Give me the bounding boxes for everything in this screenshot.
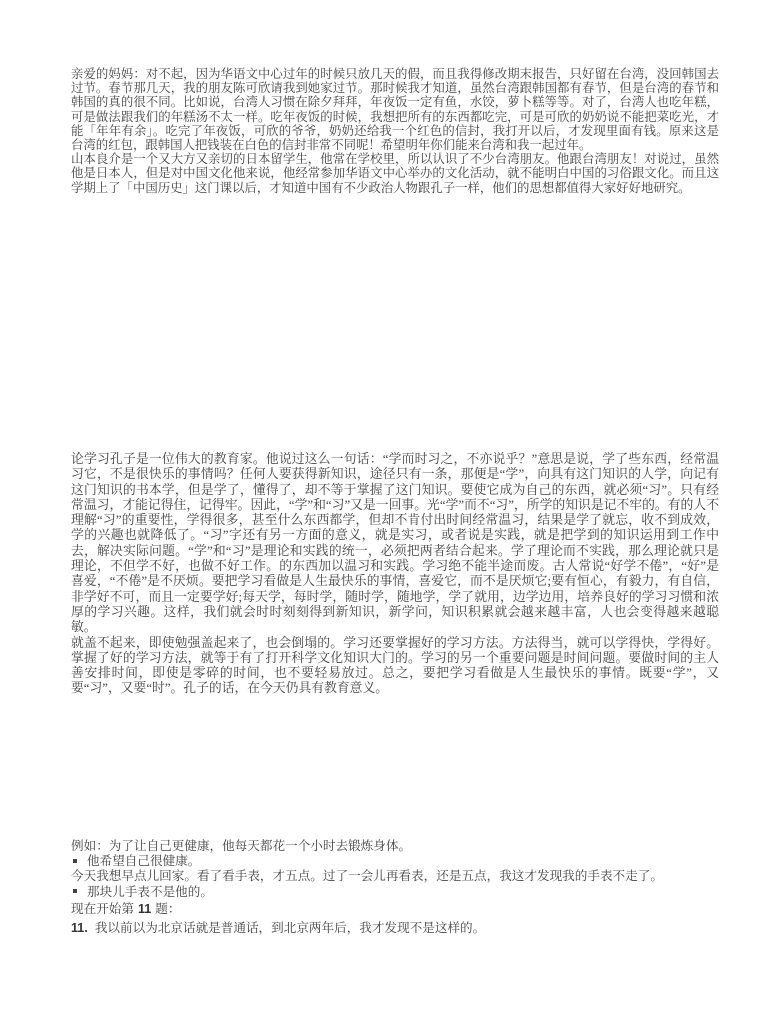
question-11-line: 11.我以前以为北京话就是普通话，到北京两年后，我才发现不是这样的。 [71, 921, 719, 936]
bullet-icon [73, 889, 77, 893]
example-watch-line: 今天我想早点儿回家。看了看手表，才五点。过了一会儿再看表，还是五点，我这才发现我… [71, 869, 719, 884]
question-11-text: 我以前以为北京话就是普通话，到北京两年后，我才发现不是这样的。 [95, 921, 485, 935]
paragraph-on-learning: 论学习孔子是一位伟大的教育家。他说过这么一句话：“学而时习之，不亦说乎？”意思是… [71, 452, 719, 636]
example-answer-line-2: 那块儿手表不是他的。 [71, 885, 719, 900]
paragraph-yamamoto: 山本良介是一个又大方又亲切的日本留学生，他常在学校里，所以认识了不少台湾朋友。他… [71, 152, 719, 195]
letter-section: 亲爱的妈妈：对不起，因为华语文中心过年的时候只放几天的假，而且我得修改期末报告，… [71, 67, 719, 195]
prompt-number: 11 [138, 902, 151, 916]
question-prompt-line: 现在开始第11题： [71, 902, 719, 917]
paragraph-letter: 亲爱的妈妈：对不起，因为华语文中心过年的时候只放几天的假，而且我得修改期末报告，… [71, 67, 719, 152]
question-11-number: 11. [71, 921, 88, 935]
example-answer-text-1: 他希望自己很健康。 [87, 854, 200, 868]
example-answer-line-1: 他希望自己很健康。 [71, 854, 719, 869]
prompt-prefix: 现在开始第 [71, 902, 134, 916]
prompt-suffix: 题： [155, 902, 180, 916]
example-intro-line: 例如：为了让自己更健康，他每天都花一个小时去锻炼身体。 [71, 839, 719, 854]
listening-examples-section: 例如：为了让自己更健康，他每天都花一个小时去锻炼身体。 他希望自己很健康。 今天… [71, 839, 719, 936]
essay-section: 论学习孔子是一位伟大的教育家。他说过这么一句话：“学而时习之，不亦说乎？”意思是… [71, 452, 719, 697]
document-page: 亲爱的妈妈：对不起，因为华语文中心过年的时候只放几天的假，而且我得修改期末报告，… [0, 0, 768, 1024]
bullet-icon [73, 859, 77, 863]
paragraph-method-time: 就盖不起来，即使勉强盖起来了，也会倒塌的。学习还要掌握好的学习方法。方法得当，就… [71, 636, 719, 697]
example-answer-text-2: 那块儿手表不是他的。 [87, 885, 213, 899]
